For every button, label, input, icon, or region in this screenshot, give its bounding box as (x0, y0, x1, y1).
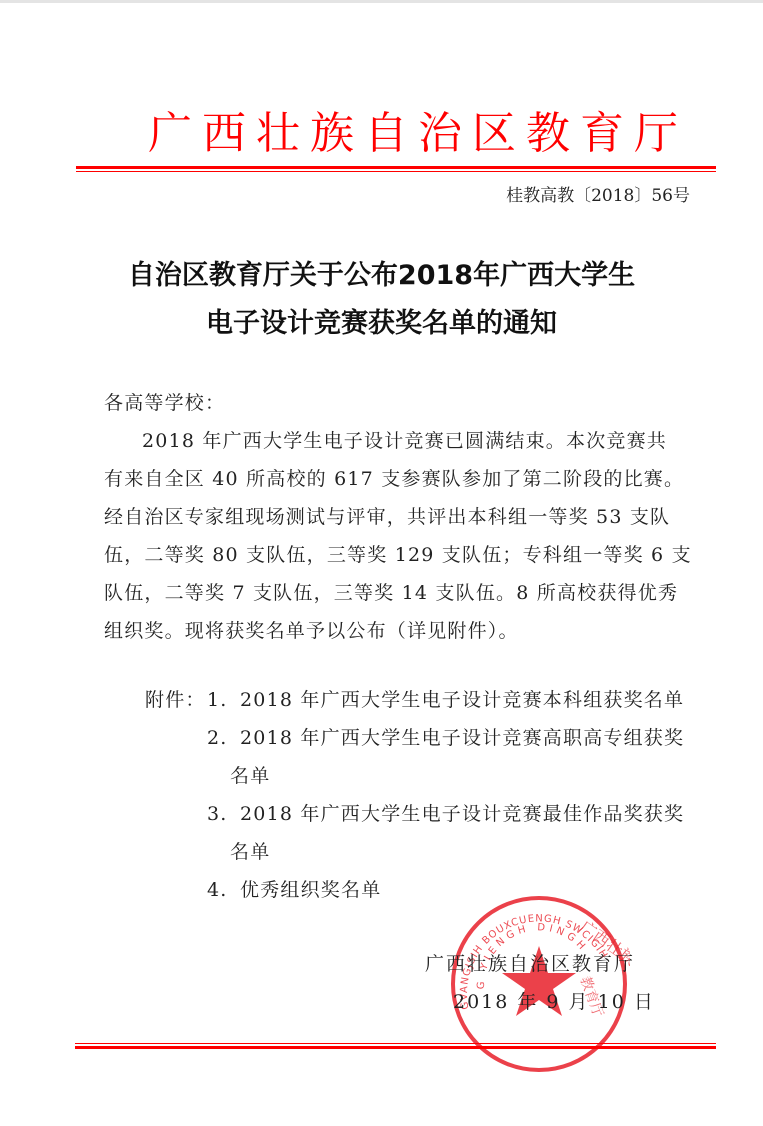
body-paragraph-line: 伍，二等奖 80 支队伍，三等奖 129 支队伍；专科组一等奖 6 支 (104, 536, 692, 574)
salutation: 各高等学校： (104, 384, 225, 422)
attachment-number: 2. (207, 719, 228, 757)
body-paragraph-line: 有来自全区 40 所高校的 617 支参赛队参加了第二阶段的比赛。 (104, 460, 684, 498)
attachment-number: 1. (207, 681, 228, 719)
issue-date: 2018 年 9 月 10 日 (453, 990, 655, 1014)
body-paragraph-line: 2018 年广西大学生电子设计竞赛已圆满结束。本次竞赛共 (142, 422, 667, 460)
document-title-line-1: 自治区教育厅关于公布2018年广西大学生 (0, 252, 763, 300)
body-paragraph-line: 队伍，二等奖 7 支队伍，三等奖 14 支队伍。8 所高校获得优秀 (104, 574, 678, 612)
footer-rule-thick (75, 1046, 716, 1049)
masthead-rule-thick (76, 166, 716, 169)
attachment-title: 2018 年广西大学生电子设计竞赛高职高专组获奖 (240, 719, 684, 757)
footer-rule-thin (75, 1043, 716, 1044)
top-edge-band (0, 0, 763, 3)
document-number: 桂教高教〔2018〕56号 (506, 184, 690, 208)
body-paragraph-line: 组织奖。现将获奖名单予以公布（详见附件）。 (104, 612, 519, 650)
attachment-number: 3. (207, 795, 228, 833)
attachment-title-continued: 名单 (230, 757, 270, 795)
masthead-rule-thin (76, 171, 716, 172)
document-title-line-2: 电子设计竞赛获奖名单的通知 (0, 300, 763, 348)
issuer-signature: 广西壮族自治区教育厅 (425, 952, 635, 976)
attachment-number: 4. (207, 871, 228, 909)
attachment-title: 2018 年广西大学生电子设计竞赛本科组获奖名单 (240, 681, 684, 719)
attachment-title-continued: 名单 (230, 833, 270, 871)
attachments-label: 附件： (145, 681, 206, 719)
org-masthead: 广西壮族自治区教育厅 (148, 108, 648, 160)
attachment-title: 2018 年广西大学生电子设计竞赛最佳作品奖获奖 (240, 795, 684, 833)
attachment-title: 优秀组织奖名单 (240, 871, 381, 909)
body-paragraph-line: 经自治区专家组现场测试与评审，共评出本科组一等奖 53 支队 (104, 498, 670, 536)
